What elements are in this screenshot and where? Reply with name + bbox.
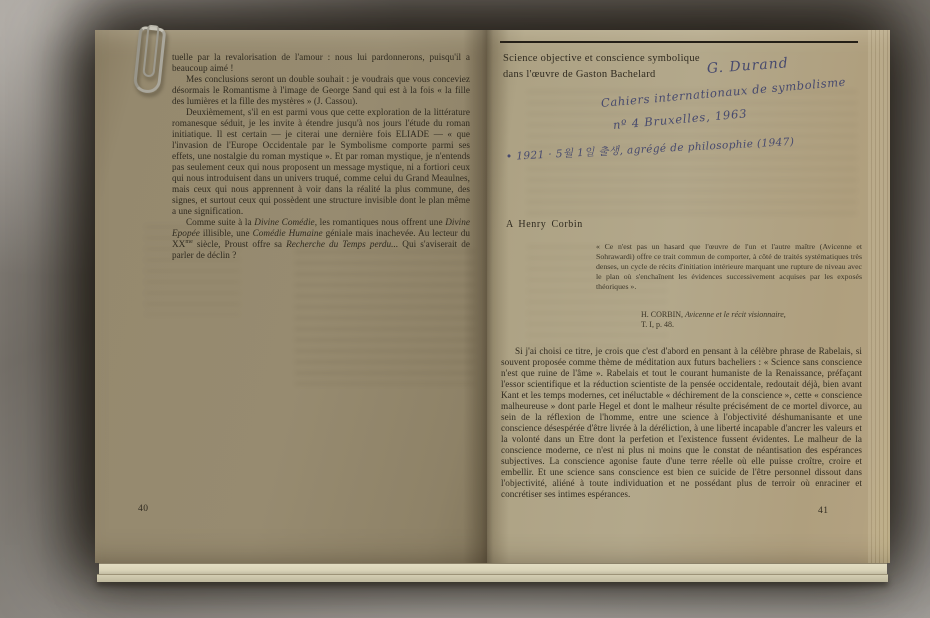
article-title-line2: dans l'œuvre de Gaston Bachelard <box>503 67 700 83</box>
paragraph: Deuxièmement, s'il en est parmi vous que… <box>172 107 470 217</box>
book-gutter-shadow <box>463 30 509 563</box>
photo-of-open-book: { "colors": { "ink": "#2f2a1f", "ink-lig… <box>0 0 930 618</box>
title-rule <box>500 41 858 43</box>
epigraph-attribution: H. CORBIN, Avicenne et le récit visionna… <box>641 310 786 330</box>
article-title-line1: Science objective et conscience symboliq… <box>503 51 700 67</box>
epigraph-attribution-line2: T. I, p. 48. <box>641 320 786 330</box>
dedication: A Henry Corbin <box>506 219 583 230</box>
attribution-work-title: Avicenne et le récit visionnaire, <box>685 310 786 319</box>
open-book: tuelle par la revalorisation de l'amour … <box>95 30 890 563</box>
paragraph: Comme suite à la Divine Comédie, les rom… <box>172 217 470 261</box>
page-number-left: 40 <box>138 504 149 514</box>
paragraph: tuelle par la revalorisation de l'amour … <box>172 52 470 74</box>
left-page-text: tuelle par la revalorisation de l'amour … <box>172 52 470 261</box>
article-title: Science objective et conscience symboliq… <box>503 51 700 83</box>
paragraph: Mes conclusions seront un double souhait… <box>172 74 470 107</box>
left-page: tuelle par la revalorisation de l'amour … <box>95 30 487 563</box>
page-number-right: 41 <box>818 506 829 516</box>
show-through-left <box>295 250 475 385</box>
page-stack-edge-2 <box>97 574 888 582</box>
epigraph-attribution-line1: H. CORBIN, Avicenne et le récit visionna… <box>641 310 786 320</box>
right-page-body-text: Si j'ai choisi ce titre, je crois que c'… <box>501 346 862 500</box>
attribution-name: H. CORBIN, <box>641 310 685 319</box>
epigraph-quote: « Ce n'est pas un hasard que l'œuvre de … <box>596 242 862 292</box>
